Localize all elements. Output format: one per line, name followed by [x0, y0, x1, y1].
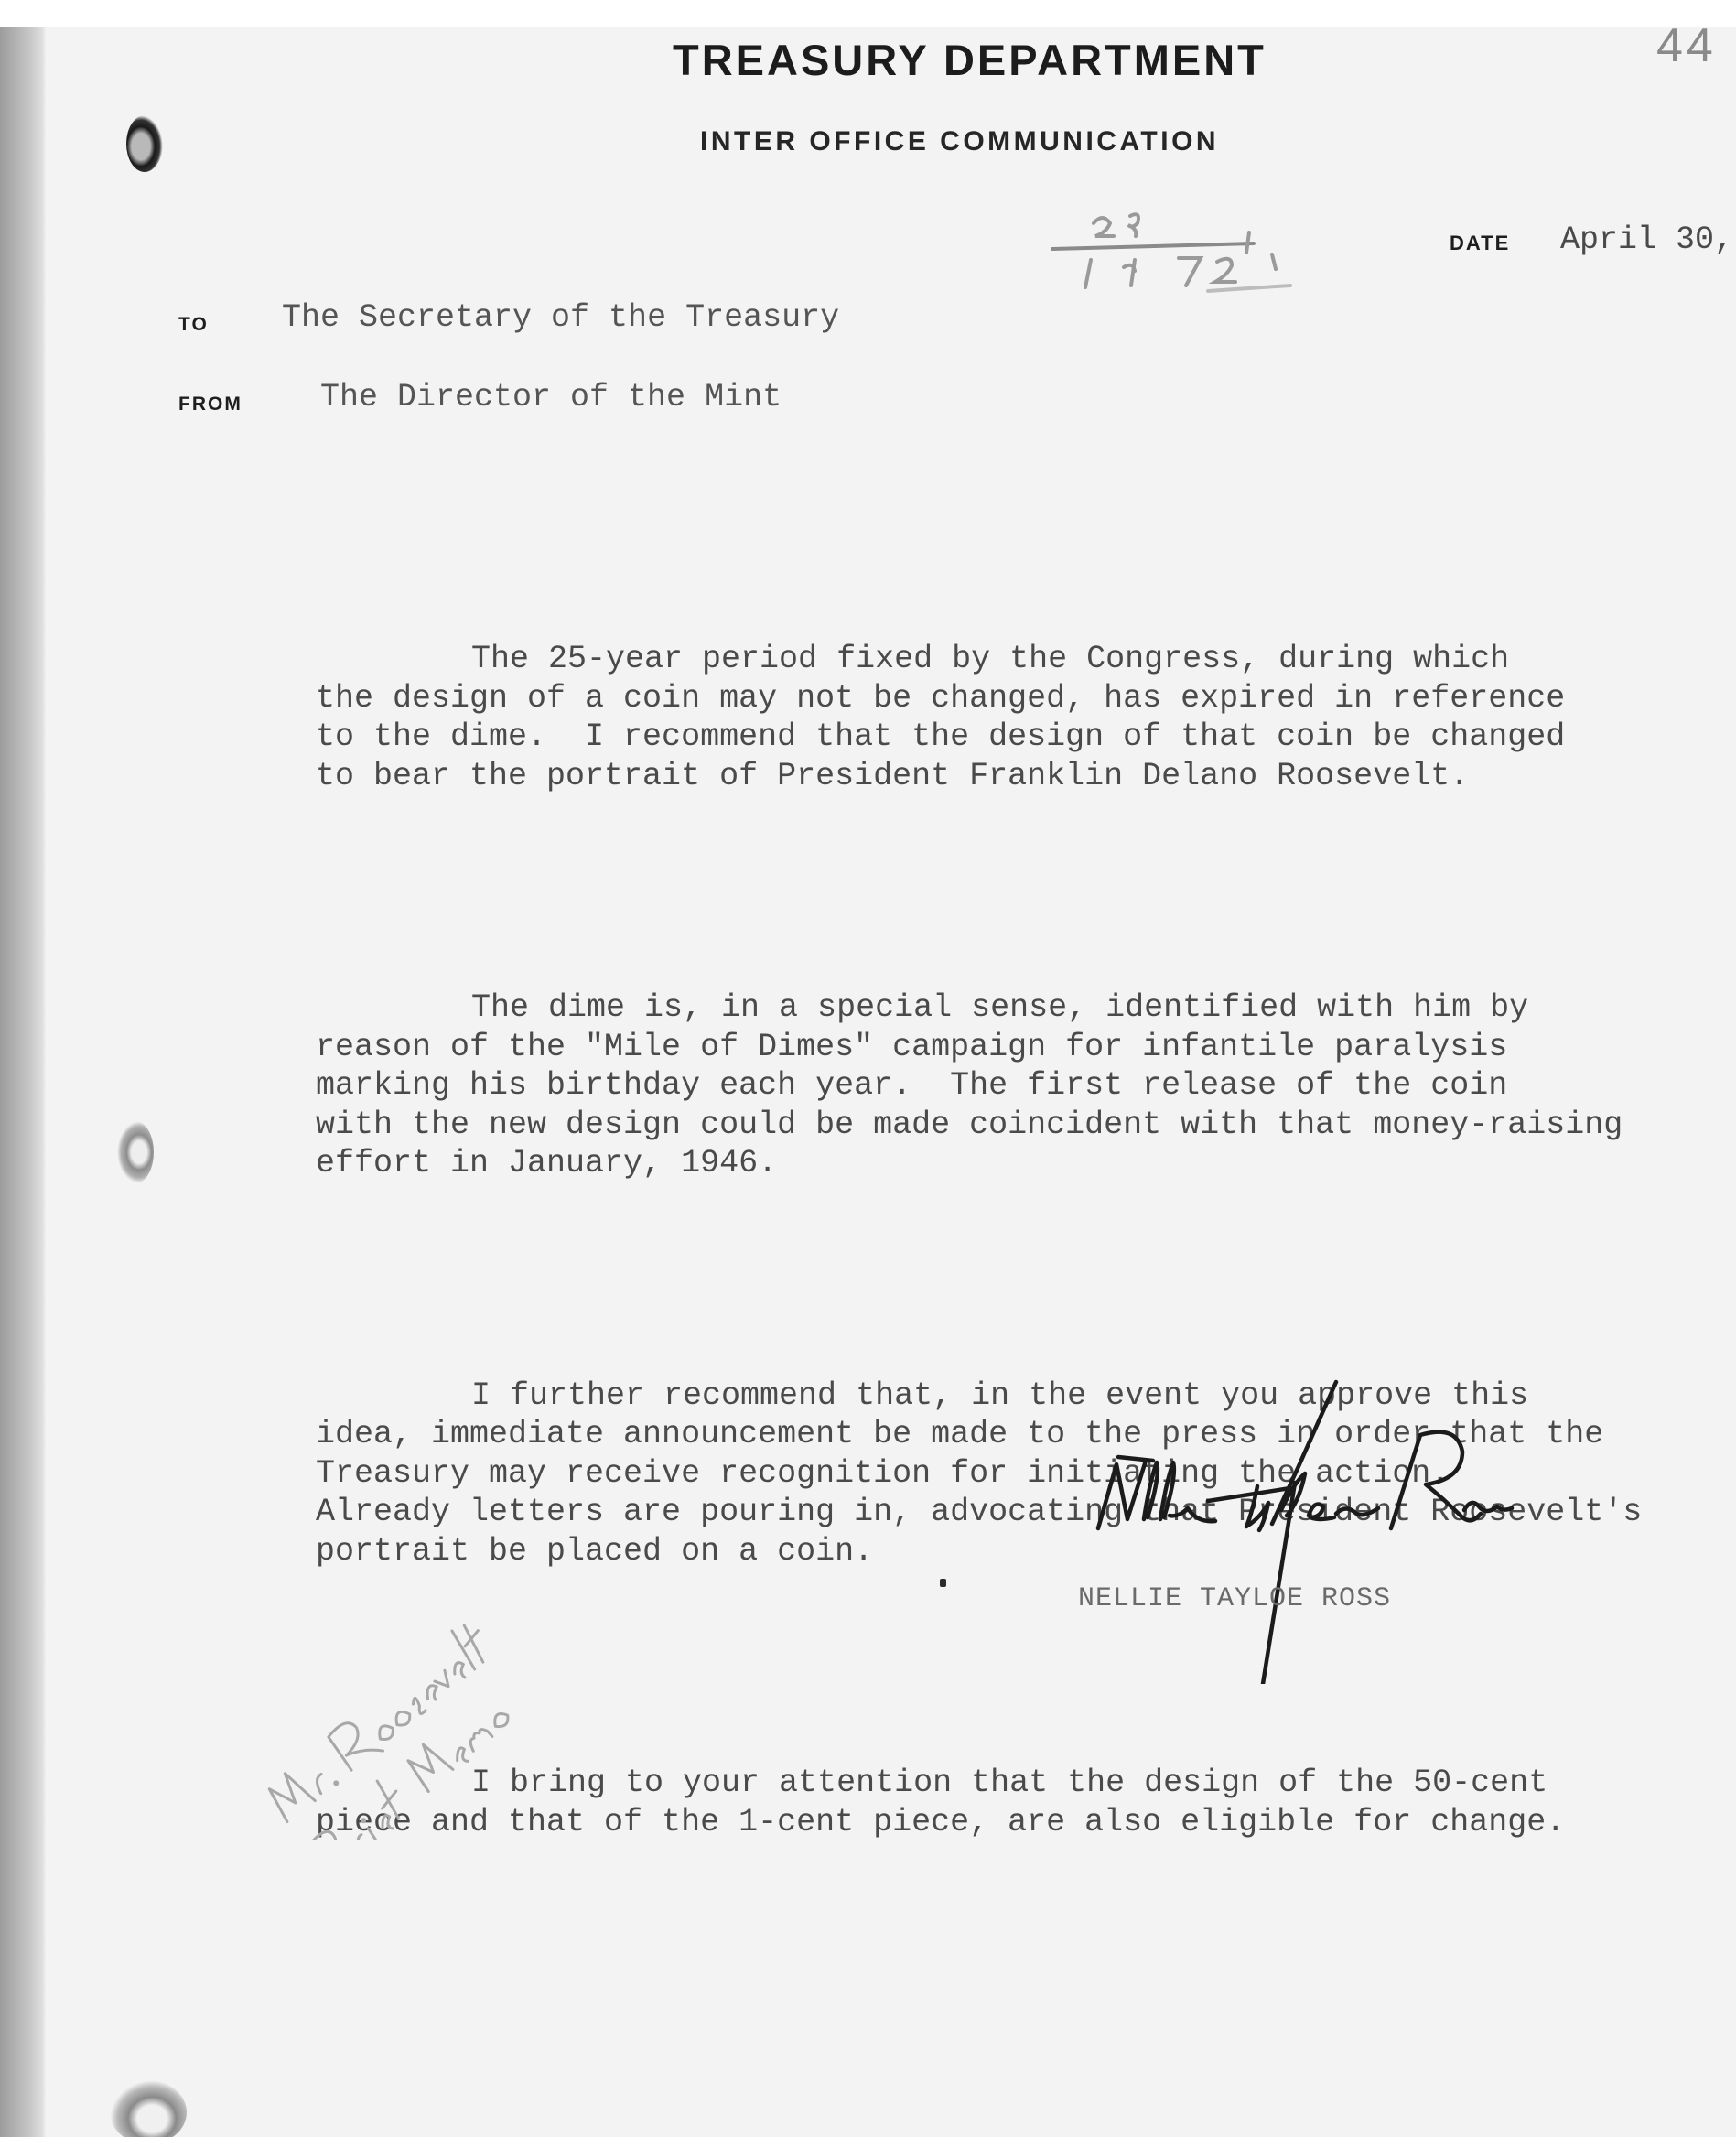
date-value: April 30, — [1560, 221, 1733, 258]
body-line: with the new design could be made coinci… — [316, 1106, 1688, 1145]
handwritten-margin-note — [210, 1538, 604, 1840]
handwritten-signature — [1062, 1373, 1574, 1684]
body-line: reason of the "Mile of Dimes" campaign f… — [316, 1028, 1688, 1067]
binding-strip — [0, 27, 46, 2137]
body-line: The 25-year period fixed by the Congress… — [316, 640, 1688, 679]
body-paragraph: The 25-year period fixed by the Congress… — [316, 562, 1688, 873]
date-label: DATE — [1450, 232, 1510, 255]
to-recipient: The Secretary of the Treasury — [282, 299, 839, 336]
from-label: FROM — [178, 394, 243, 416]
punch-hole-icon — [117, 1121, 154, 1183]
handwritten-file-mark — [1043, 196, 1299, 297]
body-paragraph: The dime is, in a special sense, identif… — [316, 911, 1688, 1261]
stray-mark — [940, 1579, 946, 1587]
punch-hole-icon — [126, 115, 163, 172]
from-sender: The Director of the Mint — [320, 379, 782, 416]
letterhead-department: TREASURY DEPARTMENT — [673, 35, 1313, 85]
body-line: marking his birthday each year. The firs… — [316, 1066, 1688, 1106]
body-line: the design of a coin may not be changed,… — [316, 679, 1688, 718]
letterhead-subtitle: INTER OFFICE COMMUNICATION — [700, 126, 1219, 157]
page-number: 44 — [1656, 18, 1717, 73]
body-line: to bear the portrait of President Frankl… — [316, 757, 1688, 796]
to-label: TO — [178, 314, 209, 336]
punch-hole-icon — [110, 2080, 187, 2137]
typed-signatory-name: NELLIE TAYLOE ROSS — [1078, 1583, 1391, 1614]
body-line: The dime is, in a special sense, identif… — [316, 988, 1688, 1028]
body-line: effort in January, 1946. — [316, 1144, 1688, 1183]
body-line: to the dime. I recommend that the design… — [316, 718, 1688, 757]
